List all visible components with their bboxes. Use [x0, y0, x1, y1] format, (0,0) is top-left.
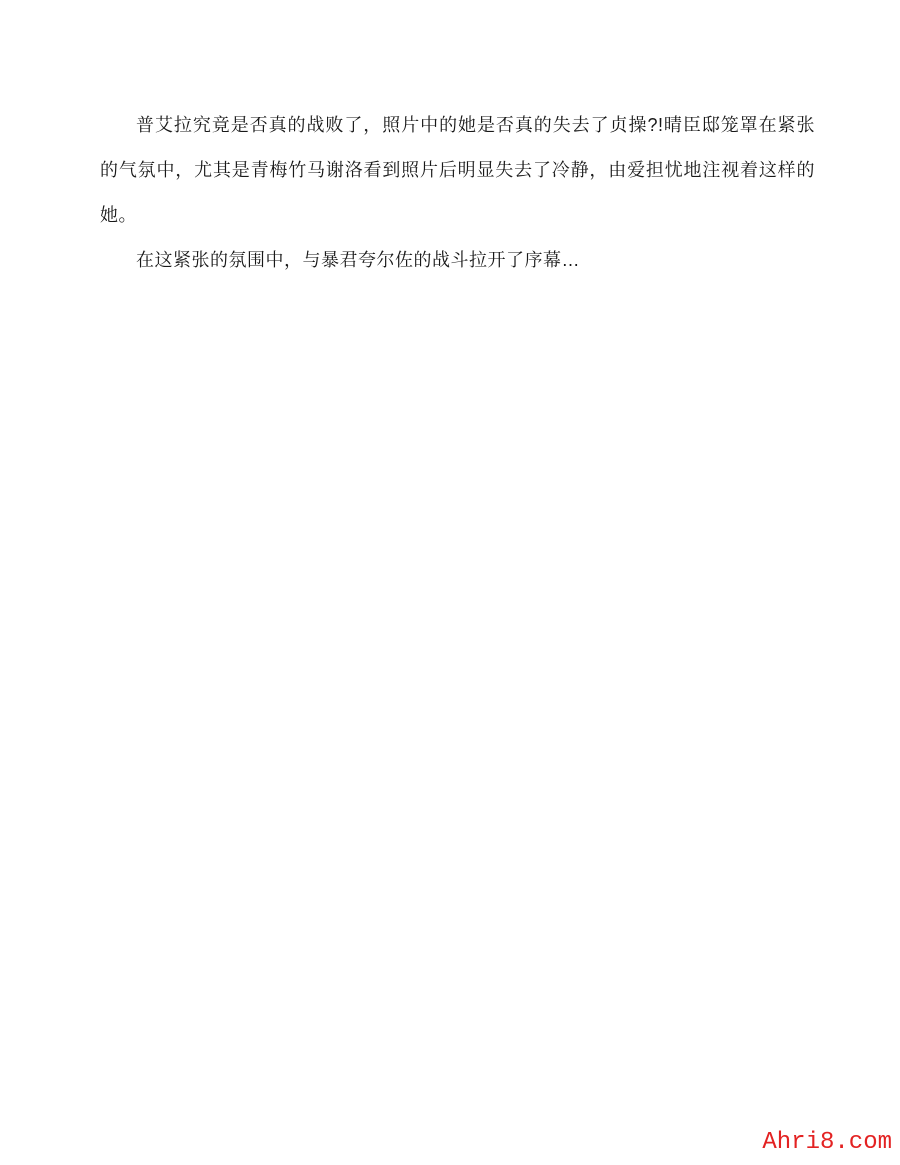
document-page: 普艾拉究竟是否真的战败了，照片中的她是否真的失去了贞操?!晴臣邸笼罩在紧张的气氛… — [0, 0, 900, 1165]
paragraph: 在这紧张的氛围中，与暴君夸尔佐的战斗拉开了序幕… — [100, 238, 815, 283]
article-body: 普艾拉究竟是否真的战败了，照片中的她是否真的失去了贞操?!晴臣邸笼罩在紧张的气氛… — [100, 103, 815, 283]
site-watermark: Ahri8.com — [762, 1131, 892, 1155]
paragraph: 普艾拉究竟是否真的战败了，照片中的她是否真的失去了贞操?!晴臣邸笼罩在紧张的气氛… — [100, 103, 815, 238]
